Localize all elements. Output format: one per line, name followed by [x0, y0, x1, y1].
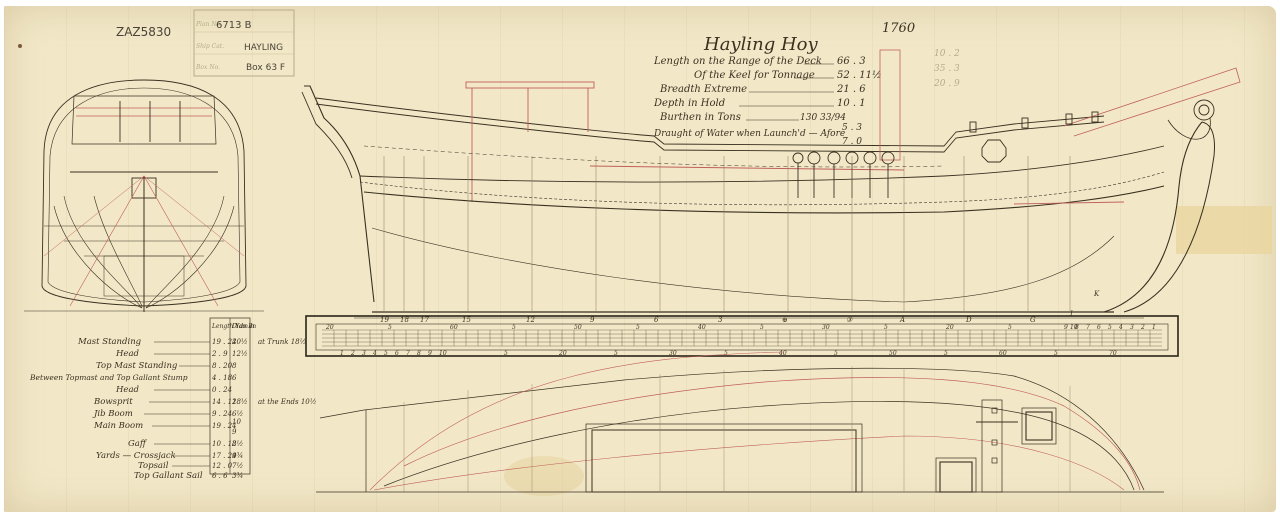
svg-text:G: G — [1030, 316, 1036, 324]
svg-text:K: K — [1093, 290, 1100, 298]
svg-text:6: 6 — [1097, 324, 1101, 331]
svg-text:Depth in Hold: Depth in Hold — [653, 98, 725, 109]
svg-text:5: 5 — [834, 350, 838, 357]
svg-text:5: 5 — [388, 324, 392, 331]
svg-text:12: 12 — [526, 316, 535, 324]
svg-text:9: 9 — [1064, 324, 1068, 331]
svg-text:30: 30 — [822, 324, 830, 331]
svg-text:⊕: ⊕ — [782, 316, 788, 324]
svg-text:60: 60 — [450, 324, 458, 331]
svg-text:5: 5 — [944, 350, 948, 357]
svg-text:50: 50 — [889, 350, 897, 357]
svg-text:10 . 1: 10 . 1 — [837, 98, 866, 109]
svg-text:5: 5 — [614, 350, 618, 357]
ship-plan-drawing: ZAZ5830 Plan No. 6713 B Ship Cat. HAYLIN… — [4, 6, 1276, 512]
svg-text:20 . 9: 20 . 9 — [933, 79, 960, 89]
svg-text:3: 3 — [1130, 324, 1134, 331]
svg-text:20: 20 — [945, 324, 954, 331]
svg-text:66 . 3: 66 . 3 — [837, 56, 866, 67]
svg-text:9¾: 9¾ — [232, 452, 243, 460]
svg-text:12½: 12½ — [232, 350, 248, 358]
svg-text:8: 8 — [232, 362, 237, 370]
svg-text:Main Boom: Main Boom — [93, 421, 143, 431]
svg-text:35 . 3: 35 . 3 — [934, 64, 960, 74]
svg-text:21 . 6: 21 . 6 — [836, 84, 866, 95]
svg-text:9: 9 — [428, 350, 432, 357]
svg-text:5: 5 — [1054, 350, 1058, 357]
reference-number: ZAZ5830 — [116, 25, 171, 39]
svg-text:18: 18 — [400, 316, 409, 324]
svg-text:18½: 18½ — [232, 398, 248, 406]
svg-text:10: 10 — [232, 418, 241, 426]
svg-text:6713 B: 6713 B — [216, 20, 252, 31]
svg-text:0 . 24: 0 . 24 — [212, 386, 232, 394]
svg-text:Jib Boom: Jib Boom — [92, 409, 133, 419]
svg-text:Head: Head — [115, 385, 140, 395]
svg-text:2: 2 — [350, 350, 355, 357]
svg-text:at the Ends 10½: at the Ends 10½ — [258, 398, 317, 406]
svg-text:at Trunk 18½: at Trunk 18½ — [258, 338, 307, 346]
svg-text:7: 7 — [406, 350, 410, 357]
svg-text:Bowsprit: Bowsprit — [93, 397, 133, 407]
svg-text:Breadth Extreme: Breadth Extreme — [659, 84, 747, 95]
svg-text:6: 6 — [654, 316, 659, 324]
svg-text:6 . 6: 6 . 6 — [212, 472, 228, 480]
svg-text:5: 5 — [504, 350, 508, 357]
svg-text:4: 4 — [1118, 324, 1123, 331]
svg-text:12 . 0: 12 . 0 — [212, 462, 233, 470]
svg-text:Mast Standing: Mast Standing — [77, 337, 142, 347]
plan-year: 1760 — [882, 21, 915, 36]
svg-text:8: 8 — [417, 350, 421, 357]
svg-text:Ship Cat.: Ship Cat. — [196, 43, 224, 50]
svg-text:1: 1 — [1152, 324, 1156, 331]
svg-text:10 . 2: 10 . 2 — [934, 49, 960, 59]
svg-text:Top Mast Standing: Top Mast Standing — [96, 361, 178, 371]
svg-text:40: 40 — [778, 350, 787, 357]
svg-text:A: A — [899, 316, 905, 324]
svg-text:5: 5 — [1108, 324, 1112, 331]
svg-text:7½: 7½ — [232, 462, 243, 470]
svg-text:5: 5 — [884, 324, 888, 331]
svg-text:HAYLING: HAYLING — [244, 43, 283, 53]
svg-text:8½: 8½ — [232, 440, 243, 448]
svg-text:130 33/94: 130 33/94 — [800, 113, 846, 123]
svg-text:5 . 3: 5 . 3 — [842, 123, 862, 133]
svg-text:9: 9 — [232, 428, 237, 436]
svg-text:10: 10 — [439, 350, 447, 357]
svg-text:9 . 24: 9 . 24 — [212, 410, 232, 418]
svg-text:Draught of Water when Launch'd: Draught of Water when Launch'd — Afore — [653, 129, 845, 139]
svg-text:5: 5 — [636, 324, 640, 331]
svg-text:50: 50 — [574, 324, 582, 331]
svg-text:3: 3 — [718, 316, 723, 324]
svg-text:Gaff: Gaff — [128, 439, 148, 449]
svg-text:9: 9 — [590, 316, 595, 324]
svg-text:19: 19 — [380, 316, 389, 324]
svg-text:Yards — Crossjack: Yards — Crossjack — [96, 451, 176, 461]
svg-text:8: 8 — [1075, 324, 1079, 331]
svg-text:Diam In: Diam In — [231, 323, 256, 330]
svg-text:Burthen in Tons: Burthen in Tons — [659, 112, 741, 123]
svg-text:5: 5 — [1008, 324, 1012, 331]
svg-text:2: 2 — [1140, 324, 1145, 331]
svg-text:4 . 18: 4 . 18 — [211, 374, 233, 382]
svg-text:5: 5 — [384, 350, 388, 357]
svg-text:Between Topmast and Top Gallan: Between Topmast and Top Gallant Stump — [29, 373, 188, 382]
plan-sheet: ZAZ5830 Plan No. 6713 B Ship Cat. HAYLIN… — [4, 6, 1276, 512]
svg-text:30: 30 — [669, 350, 677, 357]
svg-text:6: 6 — [232, 374, 237, 382]
svg-text:3¾: 3¾ — [232, 472, 243, 480]
svg-text:8 . 20: 8 . 20 — [212, 362, 233, 370]
svg-text:5: 5 — [760, 324, 764, 331]
svg-text:3: 3 — [362, 350, 366, 357]
svg-text:7: 7 — [1086, 324, 1090, 331]
svg-text:4: 4 — [372, 350, 377, 357]
svg-text:D: D — [965, 316, 972, 324]
svg-text:2 . 9: 2 . 9 — [211, 350, 228, 358]
svg-text:52 . 11½: 52 . 11½ — [837, 70, 882, 81]
svg-text:40: 40 — [697, 324, 706, 331]
svg-text:Of the Keel for Tonnage: Of the Keel for Tonnage — [694, 70, 815, 81]
svg-text:60: 60 — [999, 350, 1007, 357]
ship-name: Hayling Hoy — [703, 34, 818, 55]
svg-text:17: 17 — [420, 316, 429, 324]
svg-text:70: 70 — [1109, 350, 1117, 357]
svg-text:Box 63 F: Box 63 F — [246, 63, 285, 73]
svg-text:Top Gallant Sail: Top Gallant Sail — [134, 471, 203, 481]
svg-text:Head: Head — [115, 349, 140, 359]
svg-text:6½: 6½ — [232, 410, 243, 418]
svg-text:15: 15 — [462, 316, 471, 324]
svg-text:5: 5 — [512, 324, 516, 331]
svg-text:Length on the Range of the Dec: Length on the Range of the Deck — [653, 56, 822, 67]
svg-text:Box No.: Box No. — [195, 64, 220, 71]
svg-text:20: 20 — [558, 350, 567, 357]
svg-text:5: 5 — [724, 350, 728, 357]
svg-text:20½: 20½ — [231, 338, 248, 346]
svg-text:Topsail: Topsail — [138, 461, 169, 471]
svg-text:1: 1 — [340, 350, 344, 357]
svg-text:20: 20 — [325, 324, 334, 331]
svg-text:③: ③ — [846, 316, 853, 324]
svg-text:6: 6 — [395, 350, 399, 357]
